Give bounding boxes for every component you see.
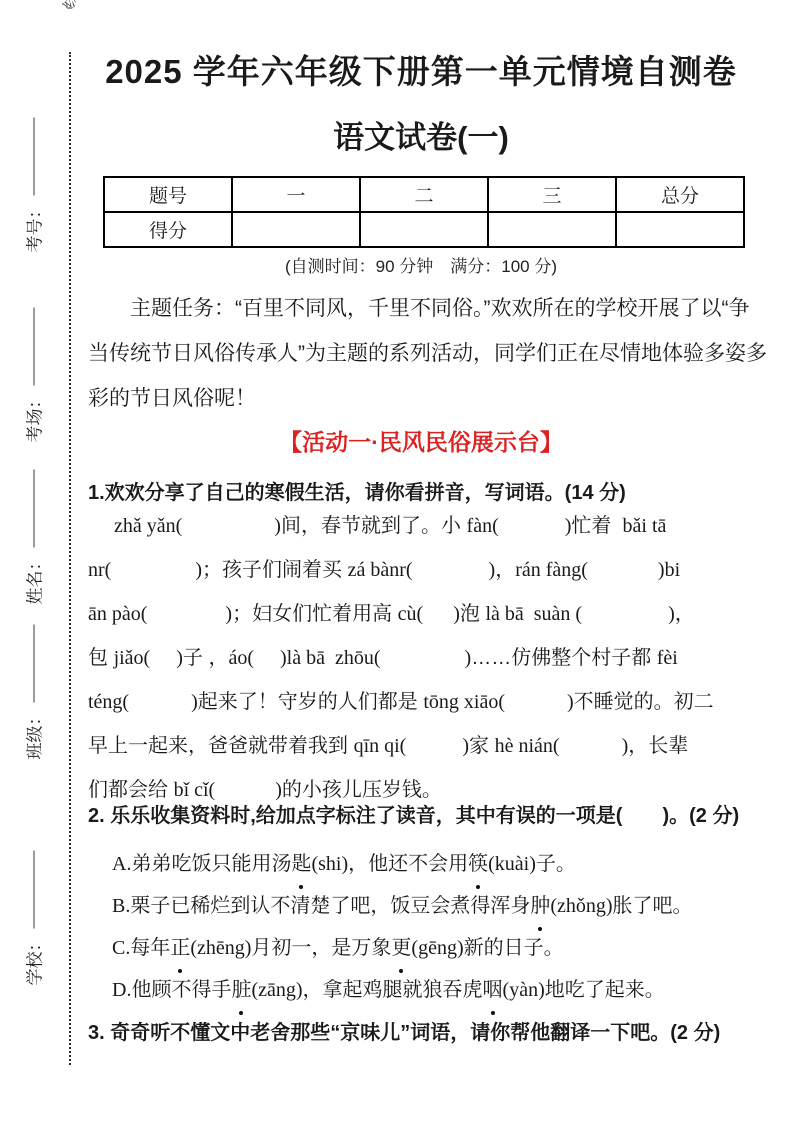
text-segment: ，长辈 [628,735,688,757]
text-segment: 的小孩儿压岁钱。 [282,779,442,801]
paper-title: 2025 学年六年级下册第一单元情境自测卷 [85,46,757,93]
text-segment: ，他还不会用 [348,853,468,875]
text-segment: cù( [398,603,424,625]
text-segment: fàn( [467,515,499,537]
text-segment: B.栗子已稀烂到认不清楚了吧，饭豆会煮得浑身 [112,895,530,917]
text-segment: D.他顾不得手 [112,979,231,1001]
activity-one-heading: 【活动一·民风民俗展示台】 [85,424,757,457]
text-segment: 子。 [536,853,576,875]
pinyin-line: téng()起来了！守岁的人们都是 tōng xiāo()不睡觉的。初二 [88,680,768,724]
text-segment: rán fàng( [515,559,588,581]
exam-number-label: 考号： [21,202,46,253]
score-row-label: 得分 [104,212,232,247]
text-segment: (gēng) [411,937,463,959]
score-table-score-row: 得分 [104,212,744,247]
answer-blank [150,662,176,664]
text-segment: 正 [170,927,190,969]
answer-blank [413,574,489,576]
text-segment: (zhēng) [190,937,251,959]
text-segment: ) [462,735,469,757]
text-segment: là bā suàn ( [485,603,582,625]
intro-line: 主题任务：“百里不同风，千里不同俗。”欢欢所在的学校开展了以“争 [88,286,756,331]
class-label: 班级： [21,709,46,760]
text-segment: ) [567,691,574,713]
text-segment: 胀了吧。 [613,895,693,917]
text-segment: ……仿佛整个村子都 [471,647,657,669]
answer-blank [215,794,275,796]
exam-number-blank [32,118,34,196]
question-1-prompt: 1.欢欢分享了自己的寒假生活，请你看拼音，写词语。(14 分) [88,476,760,505]
text-segment: (zāng) [251,979,302,1001]
text-segment: 间，春节就到了。小 [281,515,467,537]
text-segment: ) [191,691,198,713]
text-segment: 更 [391,927,411,969]
score-cell [488,212,616,247]
exam-room-field: 考场： [21,308,46,443]
text-segment: ，拿起鸡腿就狼吞虎 [303,979,483,1001]
text-segment: là bā zhōu( [287,647,381,669]
text-segment: 子 ， [183,647,229,669]
text-segment: ) [195,559,202,581]
class-field: 班级： [21,625,46,760]
text-segment: (shi) [311,853,348,875]
text-segment: 地吃了起来。 [545,979,665,1001]
binding-char-xian: 线 [60,0,81,8]
pinyin-passage: zhǎ yǎn()间，春节就到了。小 fàn()忙着 bǎi tā nr()；孩… [88,504,768,812]
text-segment: A.弟弟吃饭只能用汤 [112,853,291,875]
text-segment: 早上一起来，爸爸就带着我到 [88,735,354,757]
option-d: D.他顾不得手脏(zāng)，拿起鸡腿就狼吞虎咽(yàn)地吃了起来。 [112,969,762,1011]
score-table-header-cell: 一 [232,177,360,212]
exam-room-blank [32,308,34,386]
student-name-field: 姓名： [21,470,46,605]
exam-room-label: 考场： [21,392,46,443]
option-a: A.弟弟吃饭只能用汤匙(shi)，他还不会用筷(kuài)子。 [112,843,762,885]
text-segment: téng( [88,691,129,713]
intro-line: 彩的节日风俗呢！ [88,376,756,421]
question-3-prompt: 3. 奇奇听不懂文中老舍那些“京味儿”词语，请你帮他翻译一下吧。(2 分) [88,1016,760,1045]
text-segment: C.每年 [112,937,170,959]
text-segment: 们都会给 [88,779,174,801]
text-segment: ) [274,515,281,537]
text-segment: áo( [228,647,254,669]
score-cell [360,212,488,247]
text-segment: jiǎo( [114,647,151,669]
text-segment: (kuài) [488,853,536,875]
answer-blank [406,750,462,752]
answer-blank [254,662,280,664]
text-segment: (yàn) [503,979,545,1001]
answer-blank [111,574,195,576]
score-table-header-cell: 三 [488,177,616,212]
pinyin-line: zhǎ yǎn()间，春节就到了。小 fàn()忙着 bǎi tā [88,504,768,548]
pinyin-line: nr()；孩子们闹着买 zá bànr()，rán fàng()bi [88,548,768,592]
school-blank [32,851,34,929]
binding-dotted-line [69,52,71,1065]
answer-blank [423,618,453,620]
class-blank [32,625,34,703]
text-segment: 咽 [483,969,503,1011]
text-segment: 泡 [460,603,486,625]
answer-blank [381,662,465,664]
answer-blank [560,750,622,752]
text-segment: ) [275,779,282,801]
intro-line: 当传统节日风俗传承人”为主题的系列活动，同学们正在尽情地体验多姿多 [88,331,756,376]
pinyin-line: ān pào()；妇女们忙着用高 cù()泡 là bā suàn ()， [88,592,768,636]
text-segment: 新的日子。 [464,937,564,959]
text-segment: ) [176,647,183,669]
answer-blank [147,618,225,620]
pinyin-line: 早上一起来，爸爸就带着我到 qīn qi()家 hè nián()，长辈 [88,724,768,768]
text-segment: fèi [657,647,678,669]
text-segment: 包 [88,647,114,669]
text-segment: nr( [88,559,111,581]
text-segment: ；妇女们忙着用高 [232,603,398,625]
text-segment: (zhǒng) [550,895,612,917]
text-segment: 忙着 [571,515,622,537]
text-segment: tōng xiāo( [423,691,505,713]
exam-number-field: 考号： [21,118,46,253]
text-segment: ) [453,603,460,625]
score-table-header-cell: 二 [360,177,488,212]
text-segment: 家 [469,735,495,757]
text-segment: bǐ cǐ( [174,779,216,801]
text-segment: 月初一，是万象 [251,937,391,959]
text-segment: 不睡觉的。初二 [574,691,714,713]
pinyin-line: 包 jiǎo()子 ，áo()là bā zhōu()……仿佛整个村子都 fèi [88,636,768,680]
text-segment: ；孩子们闹着买 [202,559,348,581]
score-table-header-row: 题号 一 二 三 总分 [104,177,744,212]
answer-blank [499,530,565,532]
option-b: B.栗子已稀烂到认不清楚了吧，饭豆会煮得浑身肿(zhǒng)胀了吧。 [112,885,762,927]
text-segment: qīn qi( [354,735,407,757]
text-segment: 筷 [468,843,488,885]
answer-blank [505,706,567,708]
text-segment: ， [495,559,515,581]
score-cell [232,212,360,247]
score-cell [616,212,744,247]
text-segment: ān pào( [88,603,147,625]
text-segment: bǎi tā [623,515,667,537]
text-segment: zá bànr( [348,559,413,581]
option-c: C.每年正(zhēng)月初一，是万象更(gēng)新的日子。 [112,927,762,969]
question-2-prompt: 2. 乐乐收集资料时,给加点字标注了读音，其中有误的一项是( )。(2 分) [88,799,760,828]
student-name-label: 姓名： [21,554,46,605]
exam-paper-page: 考号： 考场： 姓名： 班级： 学校： 装 订 线 2025 学年六年级下册第一… [0,0,793,1122]
theme-task-intro: 主题任务：“百里不同风，千里不同俗。”欢欢所在的学校开展了以“争 当传统节日风俗… [88,286,756,421]
question-2-options: A.弟弟吃饭只能用汤匙(shi)，他还不会用筷(kuài)子。 B.栗子已稀烂到… [112,843,762,1011]
score-table: 题号 一 二 三 总分 得分 [103,176,745,248]
school-field: 学校： [21,851,46,986]
paper-subtitle: 语文试卷(一) [85,112,757,157]
text-segment: zhǎ yǎn( [114,515,182,537]
answer-blank [582,618,668,620]
text-segment: hè nián( [495,735,560,757]
text-segment: 起来了！守岁的人们都是 [198,691,424,713]
text-segment: ) [668,603,675,625]
text-segment: 脏 [231,969,251,1011]
student-name-blank [32,470,34,548]
score-table-header-cell: 总分 [616,177,744,212]
text-segment: 肿 [530,885,550,927]
school-label: 学校： [21,935,46,986]
text-segment: ) [280,647,287,669]
text-segment: 匙 [291,843,311,885]
answer-blank [182,530,274,532]
answer-blank [129,706,191,708]
exam-time-score-info: (自测时间：90 分钟 满分：100 分) [85,252,757,277]
text-segment: )bi [658,559,680,581]
text-segment: ， [675,603,695,625]
answer-blank [588,574,658,576]
score-table-header-cell: 题号 [104,177,232,212]
